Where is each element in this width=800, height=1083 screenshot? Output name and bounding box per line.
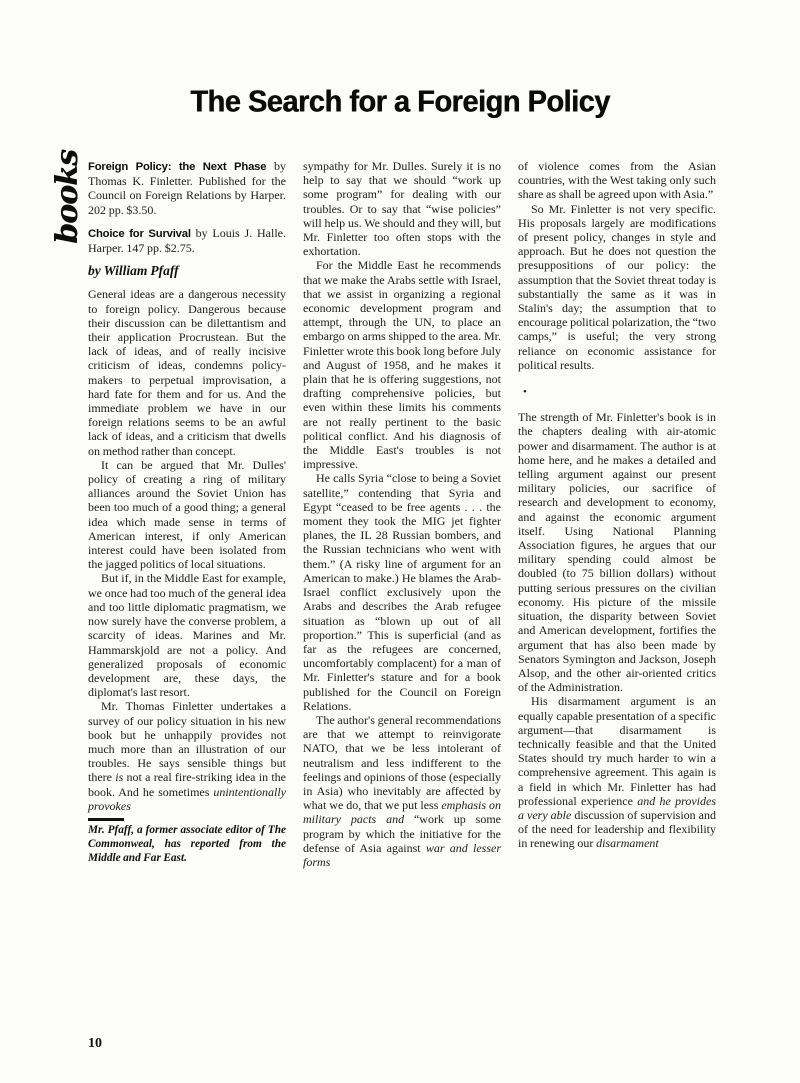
text-segment: General ideas are a dangerous necessity … <box>88 287 286 457</box>
book-reference: Foreign Policy: the Next Phase by Thomas… <box>88 159 286 217</box>
paragraph: He calls Syria “close to being a Soviet … <box>303 471 501 712</box>
column-2: sympathy for Mr. Dulles. Surely it is no… <box>303 159 501 869</box>
paragraph: sympathy for Mr. Dulles. Surely it is no… <box>303 159 501 258</box>
paragraph: The author's general recommendations are… <box>303 713 501 869</box>
text-segment: So Mr. Finletter is not very specific. H… <box>518 202 716 372</box>
text-segment: For the Middle East he recommends that w… <box>303 258 501 471</box>
paragraph: The strength of Mr. Finletter's book is … <box>518 410 716 694</box>
paragraph: It can be argued that Mr. Dulles' policy… <box>88 458 286 572</box>
text-segment: But if, in the Middle East for example, … <box>88 571 286 699</box>
author-footnote: Mr. Pfaff, a former associate editor of … <box>88 824 286 865</box>
footnote-rule <box>88 818 124 821</box>
text-segment: sympathy for Mr. Dulles. Surely it is no… <box>303 159 501 258</box>
book-title-text: Foreign Policy: the Next Phase <box>88 161 266 173</box>
column-3: of violence comes from the Asian countri… <box>518 159 716 869</box>
paragraph: General ideas are a dangerous necessity … <box>88 287 286 457</box>
text-segment: • <box>523 386 527 398</box>
paragraph: Mr. Thomas Finletter undertakes a survey… <box>88 699 286 813</box>
text-segment: He calls Syria “close to being a Soviet … <box>303 471 501 712</box>
text-segment: His disarmament argument is an equally c… <box>518 694 716 807</box>
paragraph: of violence comes from the Asian countri… <box>518 159 716 202</box>
paragraph: But if, in the Middle East for example, … <box>88 571 286 699</box>
article-columns: Foreign Policy: the Next Phase by Thomas… <box>88 159 716 869</box>
paragraph: So Mr. Finletter is not very specific. H… <box>518 202 716 372</box>
text-segment: It can be argued that Mr. Dulles' policy… <box>88 458 286 571</box>
text-segment: by William Pfaff <box>88 263 179 278</box>
text-segment: Mr. Pfaff, a former associate editor of … <box>88 824 286 864</box>
book-reference: Choice for Survival by Louis J. Halle. H… <box>88 226 286 255</box>
book-title-text: Choice for Survival <box>88 228 191 240</box>
byline: by William Pfaff <box>88 264 286 278</box>
page-number: 10 <box>88 1036 102 1052</box>
magazine-page: The Search for a Foreign Policy books Fo… <box>0 0 800 1083</box>
article-title: The Search for a Foreign Policy <box>0 85 800 120</box>
text-segment: disarmament <box>596 836 659 850</box>
text-segment: The strength of Mr. Finletter's book is … <box>518 410 716 694</box>
text-segment: of violence comes from the Asian countri… <box>518 159 716 201</box>
section-separator-bullet: • <box>518 385 716 399</box>
paragraph: For the Middle East he recommends that w… <box>303 258 501 471</box>
paragraph: His disarmament argument is an equally c… <box>518 694 716 850</box>
column-1: Foreign Policy: the Next Phase by Thomas… <box>88 159 286 869</box>
section-label-books: books <box>50 122 86 272</box>
